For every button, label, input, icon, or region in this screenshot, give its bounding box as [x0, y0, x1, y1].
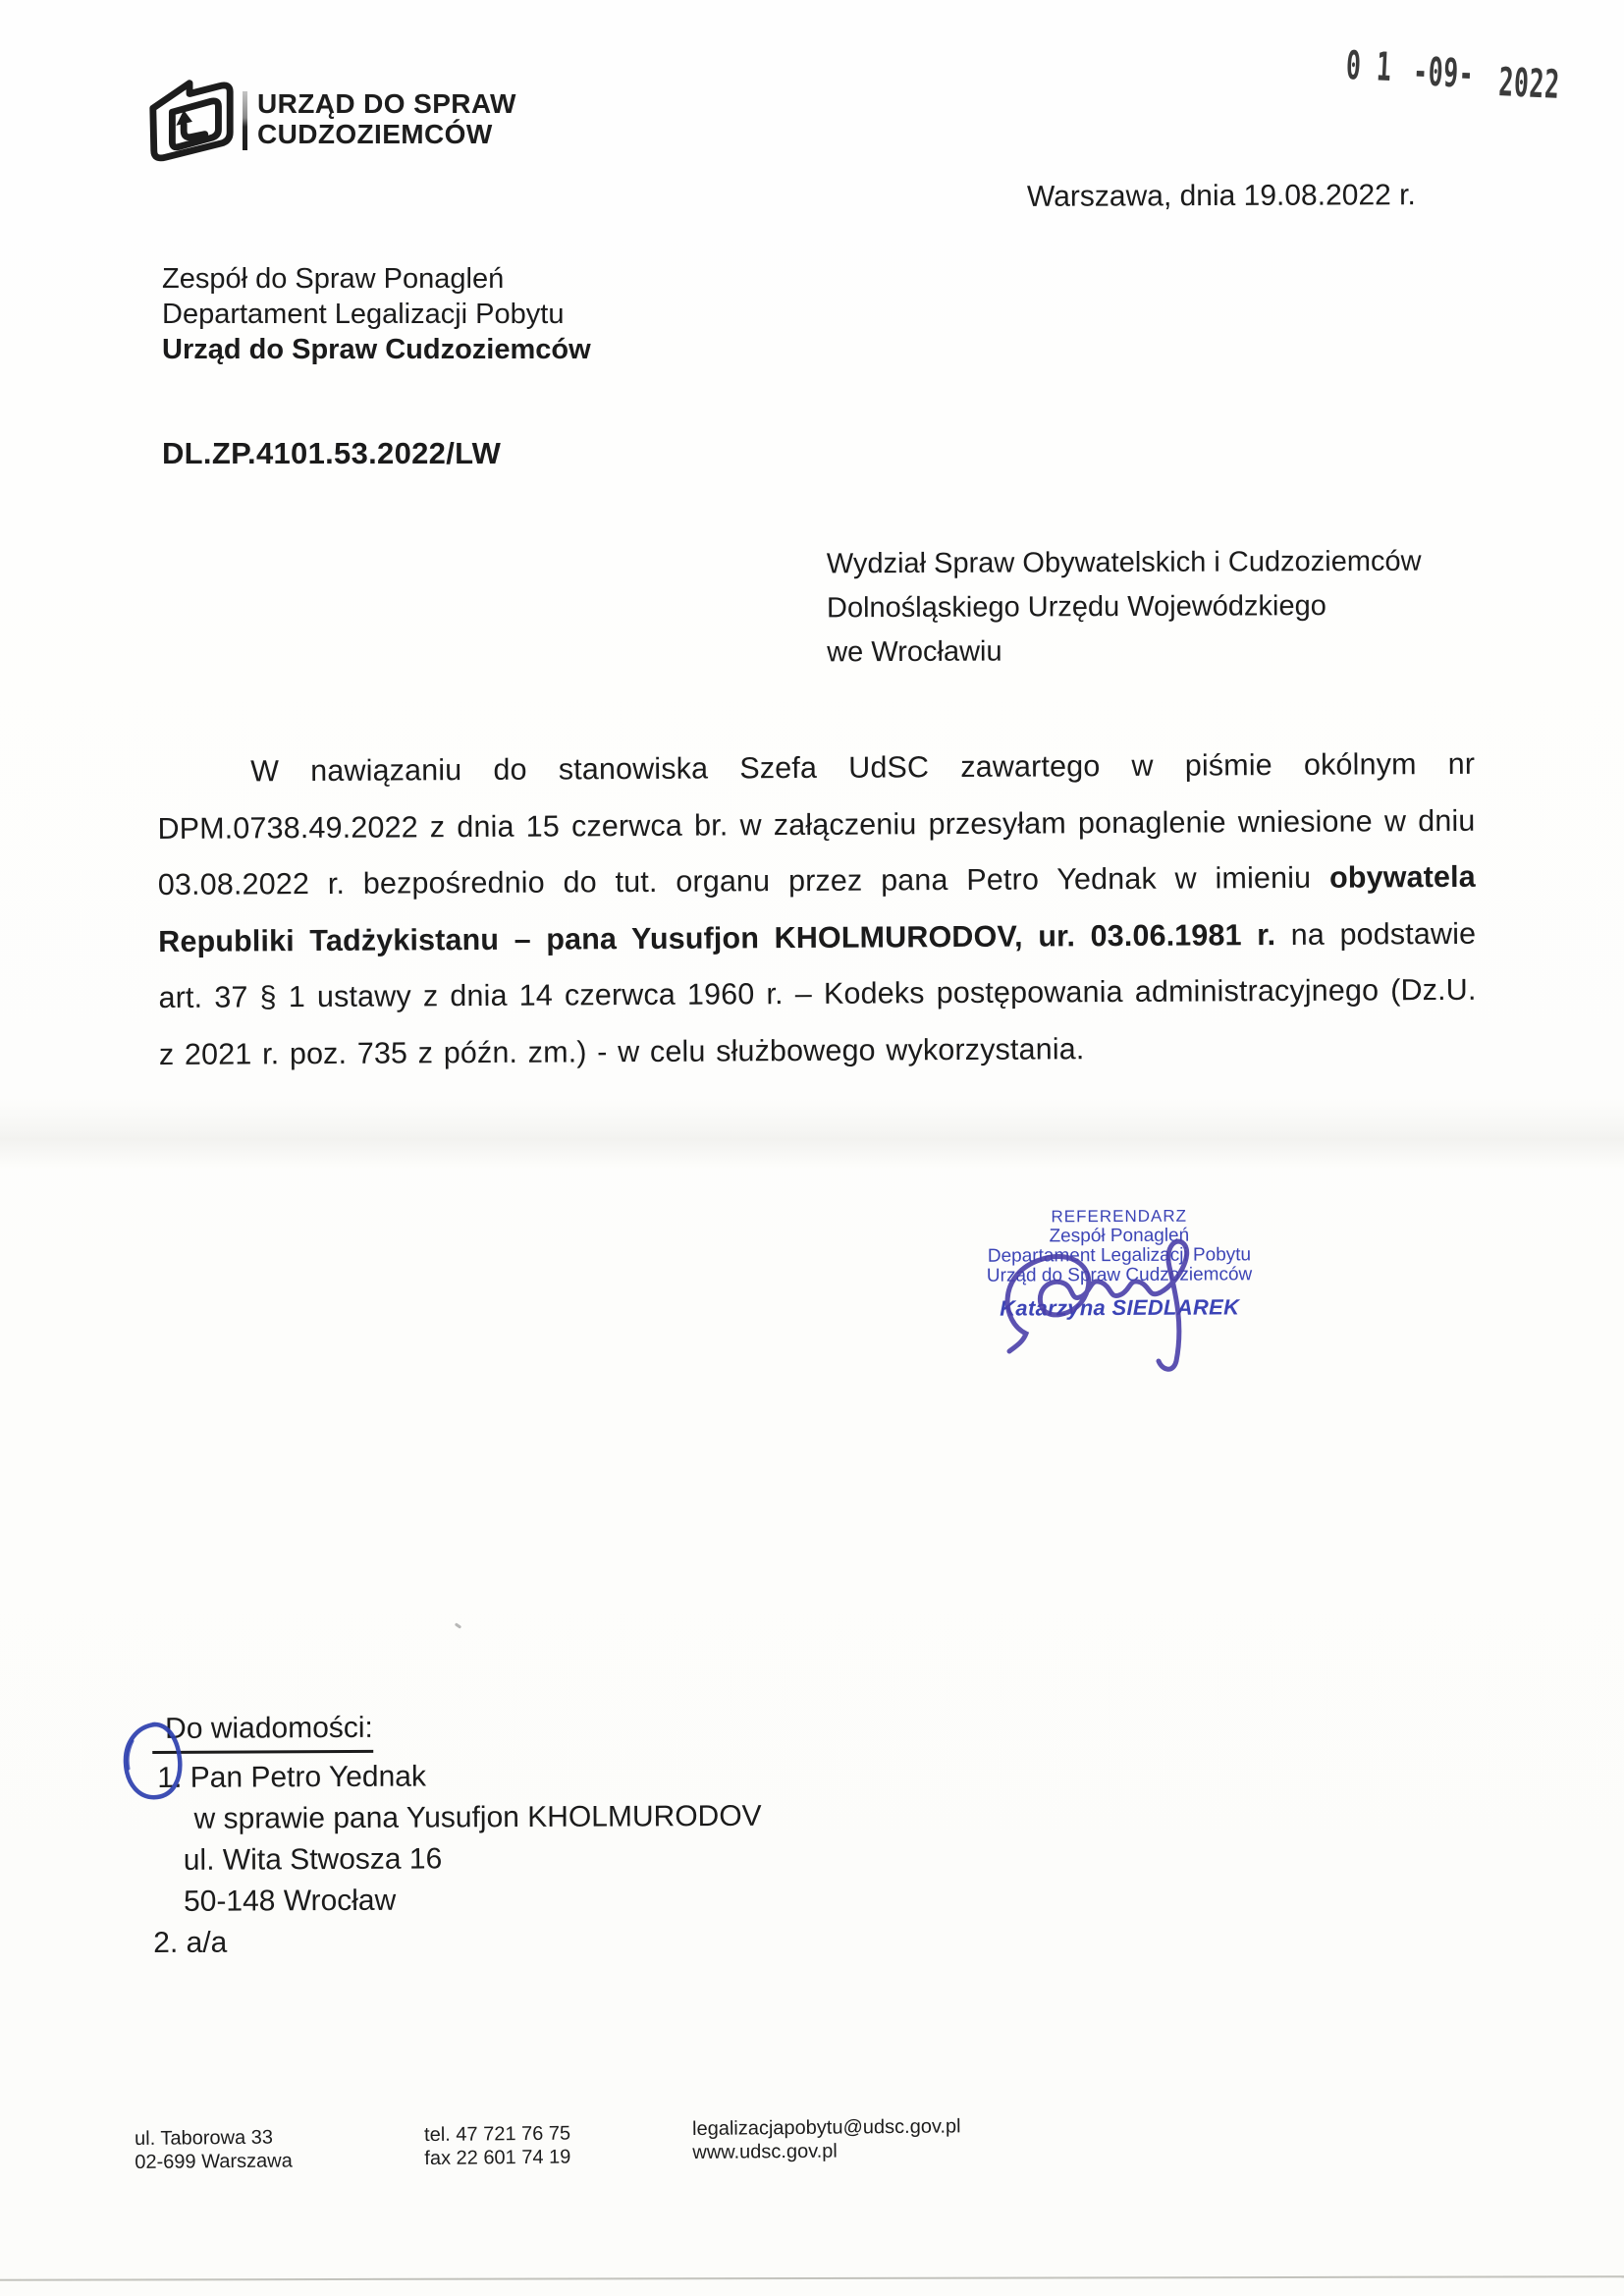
org-name: URZĄD DO SPRAW CUDZOZIEMCÓW [257, 88, 516, 149]
footer-fax: fax 22 601 74 19 [424, 2146, 570, 2170]
udsc-logo [143, 73, 240, 168]
cc-heading: Do wiadomości: [152, 1708, 373, 1754]
footer-address: ul. Taborowa 33 02-699 Warszawa [135, 2125, 293, 2174]
received-stamp-day: 0 1 [1345, 43, 1393, 90]
recipient-line1: Wydział Spraw Obywatelskich i Cudzoziemc… [827, 540, 1422, 587]
footer-email: legalizacjapobytu@udsc.gov.pl [692, 2114, 961, 2141]
udsc-logo-icon [143, 73, 240, 163]
cc-item-1-case: w sprawie pana Yusufjon KHOLMURODOV [152, 1796, 761, 1840]
scan-speck [455, 1622, 461, 1628]
org-name-line2: CUDZOZIEMCÓW [257, 119, 516, 149]
sender-department: Departament Legalizacji Pobytu [162, 297, 591, 332]
footer-website: www.udsc.gov.pl [692, 2138, 961, 2164]
letter-page: URZĄD DO SPRAW CUDZOZIEMCÓW 0 1 -09- 202… [0, 0, 1624, 2296]
received-stamp-year: 2022 [1497, 60, 1560, 108]
received-stamp-month: -09- [1412, 49, 1475, 97]
cc-item-1: 1. Pan Petro Yednak [152, 1755, 761, 1799]
stamp-title: REFERENDARZ [957, 1206, 1281, 1228]
sender-unit: Zespół do Spraw Ponagleń [162, 261, 591, 297]
cc-item-2: 2. a/a [153, 1920, 762, 1964]
org-name-line1: URZĄD DO SPRAW [257, 88, 516, 119]
footer-contact: legalizacjapobytu@udsc.gov.pl www.udsc.g… [692, 2114, 961, 2164]
cc-item-1-street: ul. Wita Stwosza 16 [153, 1837, 762, 1882]
recipient-line3: we Wrocławiu [827, 629, 1422, 676]
recipient-block: Wydział Spraw Obywatelskich i Cudzoziemc… [827, 540, 1422, 676]
reference-number: DL.ZP.4101.53.2022/LW [162, 436, 501, 471]
sender-office: Urząd do Spraw Cudzoziemców [162, 332, 591, 367]
logo-divider [243, 91, 247, 150]
recipient-line2: Dolnośląskiego Urzędu Wojewódzkiego [827, 584, 1422, 631]
received-date-stamp: 0 1 -09- 2022 [1345, 43, 1561, 98]
footer-phone: tel. 47 721 76 75 fax 22 601 74 19 [424, 2122, 570, 2170]
footer-city: 02-699 Warszawa [135, 2149, 293, 2174]
body-text: W nawiązaniu do stanowiska Szefa UdSC za… [157, 747, 1475, 902]
footer-street: ul. Taborowa 33 [135, 2125, 293, 2151]
pen-circle-annotation [120, 1720, 185, 1809]
body-paragraph: W nawiązaniu do stanowiska Szefa UdSC za… [157, 737, 1477, 1083]
cc-item-1-city: 50-148 Wrocław [153, 1879, 762, 1923]
sender-block: Zespół do Spraw Ponagleń Departament Leg… [162, 261, 591, 367]
paper-crease-shadow [0, 1098, 1624, 1169]
handwritten-signature [980, 1235, 1235, 1383]
place-date-line: Warszawa, dnia 19.08.2022 r. [1027, 179, 1416, 214]
paper-edge-line [0, 2275, 1624, 2281]
footer-tel: tel. 47 721 76 75 [424, 2122, 570, 2147]
cc-block: Do wiadomości: 1. Pan Petro Yednak w spr… [152, 1706, 762, 1964]
